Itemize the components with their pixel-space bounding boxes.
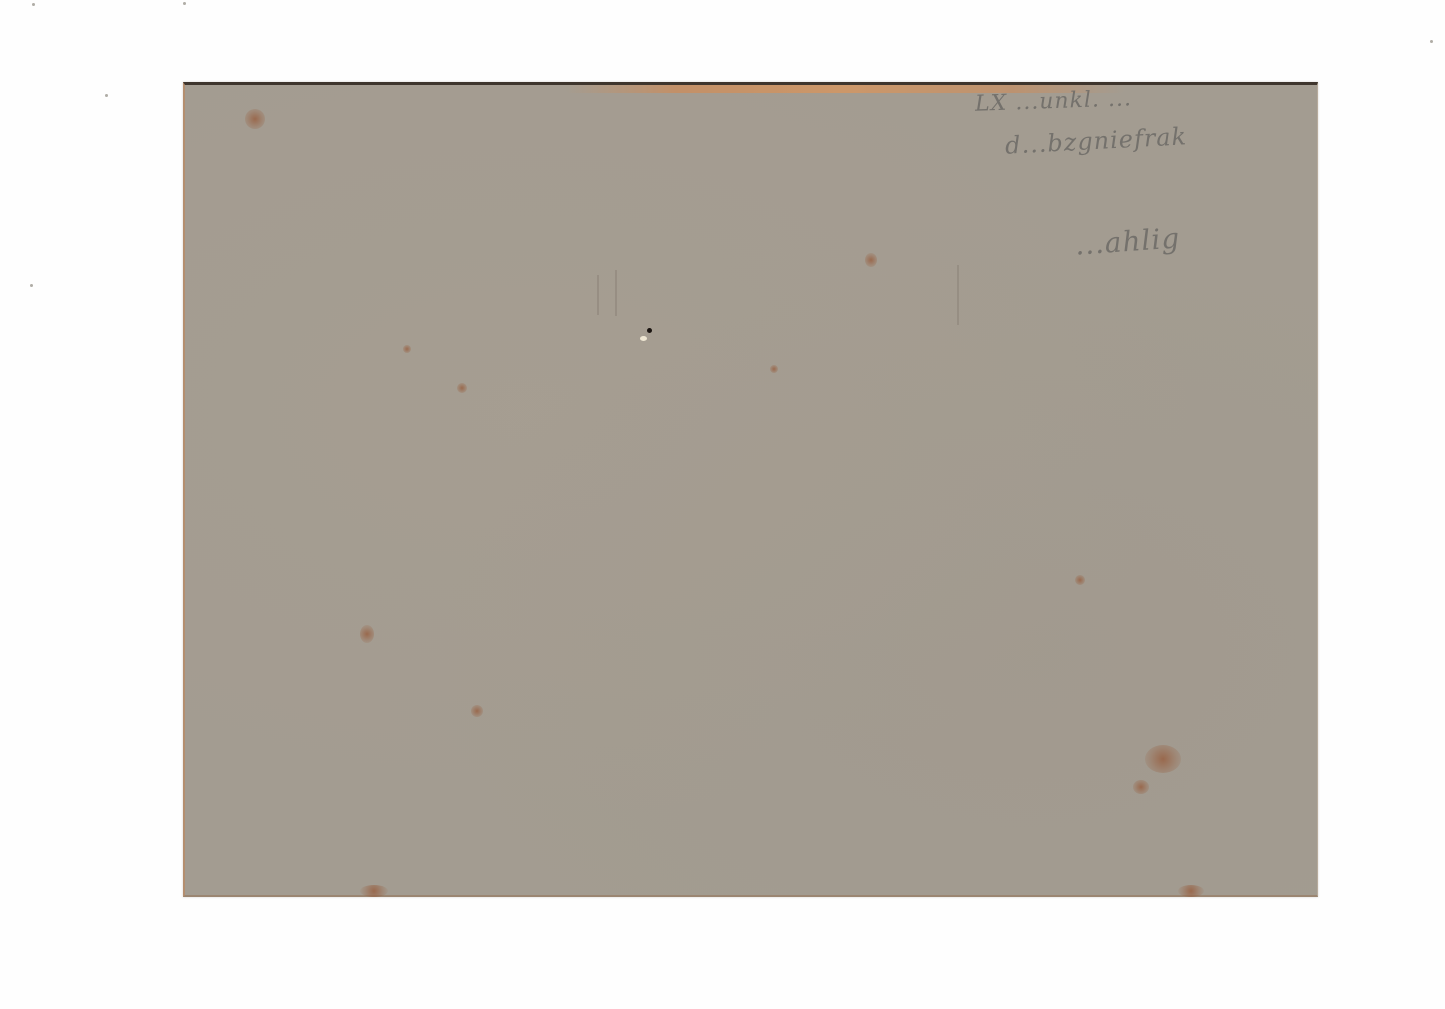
photo-card-back: LX ...unkl. ... d...bzgniefrak ...ahlig	[183, 82, 1318, 897]
foxing-stain	[1133, 780, 1149, 794]
pencil-note-line-2: d...bzgniefrak	[1004, 122, 1187, 159]
faint-mark	[957, 265, 959, 325]
pin-hole-chip	[640, 336, 647, 341]
foxing-stain	[1075, 575, 1085, 585]
edge-stain	[1178, 885, 1204, 897]
dust-speck	[1430, 40, 1433, 43]
foxing-stain-cluster	[1145, 745, 1181, 773]
dust-speck	[105, 94, 108, 97]
foxing-stain	[403, 345, 411, 353]
pin-hole	[647, 328, 652, 333]
edge-stain	[360, 885, 388, 897]
foxing-stain	[245, 109, 265, 129]
foxing-stain	[360, 625, 374, 643]
dust-speck	[32, 3, 35, 6]
foxing-stain	[471, 705, 483, 717]
foxing-stain	[770, 365, 778, 373]
scan-background: LX ...unkl. ... d...bzgniefrak ...ahlig	[0, 0, 1445, 1009]
pencil-note-line-1: LX ...unkl. ...	[975, 86, 1133, 116]
dust-speck	[30, 284, 33, 287]
dust-speck	[183, 2, 186, 5]
faint-mark	[615, 270, 617, 316]
faint-mark	[597, 275, 599, 315]
foxing-stain	[865, 253, 877, 267]
foxing-stain	[457, 383, 467, 393]
pencil-note-line-3: ...ahlig	[1074, 221, 1181, 261]
